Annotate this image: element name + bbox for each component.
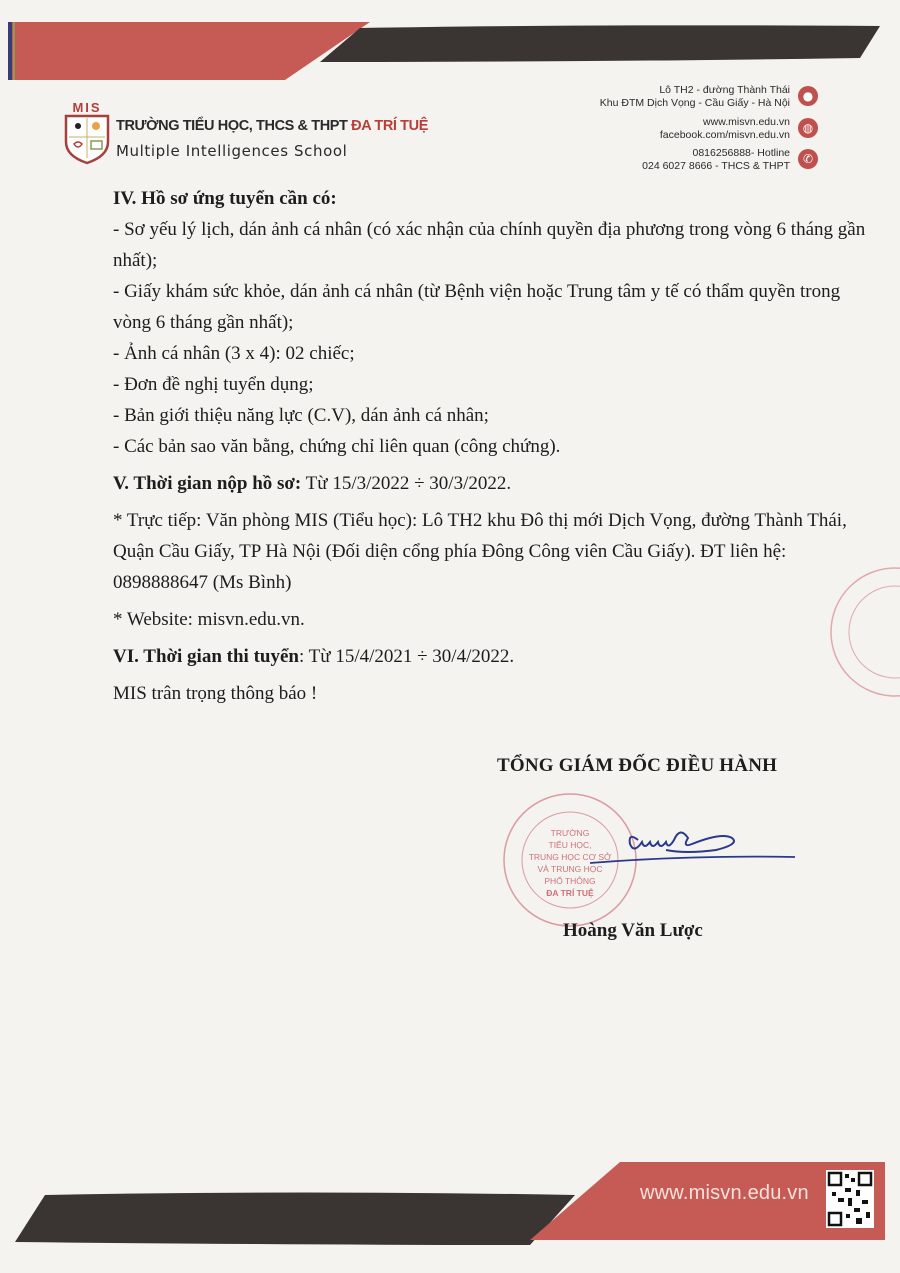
footer-url[interactable]: www.misvn.edu.vn xyxy=(640,1182,809,1205)
submission-direct: * Trực tiếp: Văn phòng MIS (Tiểu học): L… xyxy=(113,505,873,598)
contact-address: Lô TH2 - đường Thành TháiKhu ĐTM Dịch Vọ… xyxy=(600,84,790,110)
section-5: V. Thời gian nộp hồ sơ: Từ 15/3/2022 ÷ 3… xyxy=(113,468,873,499)
list-item: - Ảnh cá nhân (3 x 4): 02 chiếc; xyxy=(113,338,873,369)
svg-text:MIS: MIS xyxy=(72,100,101,115)
qr-code-icon xyxy=(826,1170,874,1228)
school-subtitle: Multiple Intelligences School xyxy=(116,142,347,160)
contact-phone: 0816256888- Hotline024 6027 8666 - THCS … xyxy=(642,147,790,173)
phone-icon: ✆ xyxy=(798,149,818,169)
document-body: IV. Hồ sơ ứng tuyển cần có: - Sơ yếu lý … xyxy=(113,183,873,709)
location-pin-icon: ● xyxy=(798,86,818,106)
list-item: - Các bản sao văn bằng, chứng chỉ liên q… xyxy=(113,431,873,462)
handwritten-signature xyxy=(590,815,805,875)
contact-web: www.misvn.edu.vnfacebook.com/misvn.edu.v… xyxy=(660,116,790,142)
svg-text:TIỂU HỌC,: TIỂU HỌC, xyxy=(549,839,592,850)
svg-text:TRƯỜNG: TRƯỜNG xyxy=(551,828,590,838)
submission-website: * Website: misvn.edu.vn. xyxy=(113,604,873,635)
section-4-heading: IV. Hồ sơ ứng tuyển cần có: xyxy=(113,183,873,214)
list-item: - Đơn đề nghị tuyển dụng; xyxy=(113,369,873,400)
list-item: - Bản giới thiệu năng lực (C.V), dán ảnh… xyxy=(113,400,873,431)
footer-band xyxy=(0,1150,900,1260)
globe-icon: ◍ xyxy=(798,118,818,138)
signer-title: TỔNG GIÁM ĐỐC ĐIỀU HÀNH xyxy=(497,755,777,777)
school-name: TRƯỜNG TIỂU HỌC, THCS & THPT ĐA TRÍ TUỆ xyxy=(116,118,428,134)
list-item: - Giấy khám sức khỏe, dán ảnh cá nhân (t… xyxy=(113,276,873,338)
closing-text: MIS trân trọng thông báo ! xyxy=(113,678,873,709)
section-6: VI. Thời gian thi tuyển: Từ 15/4/2021 ÷ … xyxy=(113,641,873,672)
school-logo-icon: MIS xyxy=(62,100,112,165)
svg-text:ĐA TRÍ TUỆ: ĐA TRÍ TUỆ xyxy=(546,887,594,898)
signer-name: Hoàng Văn Lược xyxy=(563,920,703,942)
list-item: - Sơ yếu lý lịch, dán ảnh cá nhân (có xá… xyxy=(113,214,873,276)
svg-text:PHỔ THÔNG: PHỔ THÔNG xyxy=(544,875,595,886)
stamp-partial-icon xyxy=(825,565,900,700)
header-band xyxy=(0,0,900,90)
